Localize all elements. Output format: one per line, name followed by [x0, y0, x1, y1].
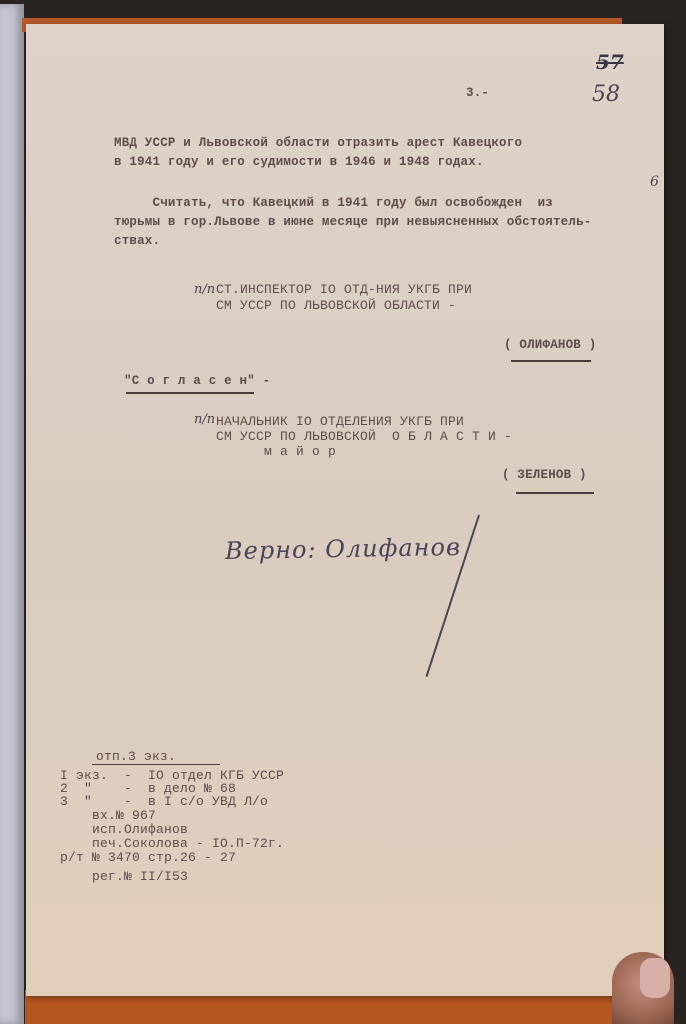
signature-underline	[516, 492, 594, 494]
paragraph1-line: в 1941 году и его судимости в 1946 и 194…	[114, 155, 484, 169]
signatory1-title-line: СМ УССР ПО ЛЬВОВСКОЙ ОБЛАСТИ -	[216, 298, 456, 313]
footer-line: исп.Олифанов	[60, 822, 188, 837]
copies-header: отп.3 экз.	[96, 749, 176, 764]
paragraph2-line: Считать, что Кавецкий в 1941 году был ос…	[114, 196, 553, 210]
signatory1-title-line: СТ.ИНСПЕКТОР IO ОТД-НИЯ УКГБ ПРИ	[216, 282, 472, 297]
footer-line: вх.№ 967	[60, 808, 156, 823]
footer-line: р/т № 3470 стр.26 - 27	[60, 850, 236, 865]
signature-mark: п/п	[194, 282, 215, 297]
archive-page-number: 58	[592, 82, 620, 107]
signature-mark: п/п	[194, 412, 215, 427]
footer-line: рег.№ II/I53	[60, 869, 188, 884]
signatory1-name: ( ОЛИФАНОВ )	[504, 338, 596, 352]
approval-underline	[126, 392, 254, 394]
handwritten-certification: Верно: Олифанов	[225, 533, 461, 565]
signatory2-title-line: СМ УССР ПО ЛЬВОВСКОЙ О Б Л А С Т И -	[216, 429, 512, 444]
typed-page-number: 3.-	[466, 86, 489, 100]
paragraph2-line: ствах.	[114, 234, 160, 248]
paragraph1-line: МВД УССР и Львовской области отразить ар…	[114, 136, 522, 150]
document-page: 57 58 6 3.- МВД УССР и Львовской области…	[26, 24, 664, 996]
signatory2-rank: м а й о р	[216, 444, 336, 459]
footer-line: печ.Соколова - IO.П-72г.	[60, 836, 284, 851]
fingernail	[640, 958, 670, 998]
margin-mark: 6	[650, 174, 659, 190]
previous-page-edge	[0, 4, 24, 1024]
crossed-out-archive-number: 57	[596, 50, 624, 74]
approval-label: "С о г л а с е н" -	[124, 374, 270, 388]
paragraph2-line: тюрьмы в гор.Львове в июне месяце при не…	[114, 215, 591, 229]
copies-header-underline	[92, 764, 220, 765]
signatory2-name: ( ЗЕЛЕНОВ )	[502, 468, 587, 482]
signatory2-title-line: НАЧАЛЬНИК IO ОТДЕЛЕНИЯ УКГБ ПРИ	[216, 414, 464, 429]
footer-line: 3 " - в I с/о УВД Л/о	[60, 794, 268, 809]
signature-underline	[511, 360, 591, 362]
